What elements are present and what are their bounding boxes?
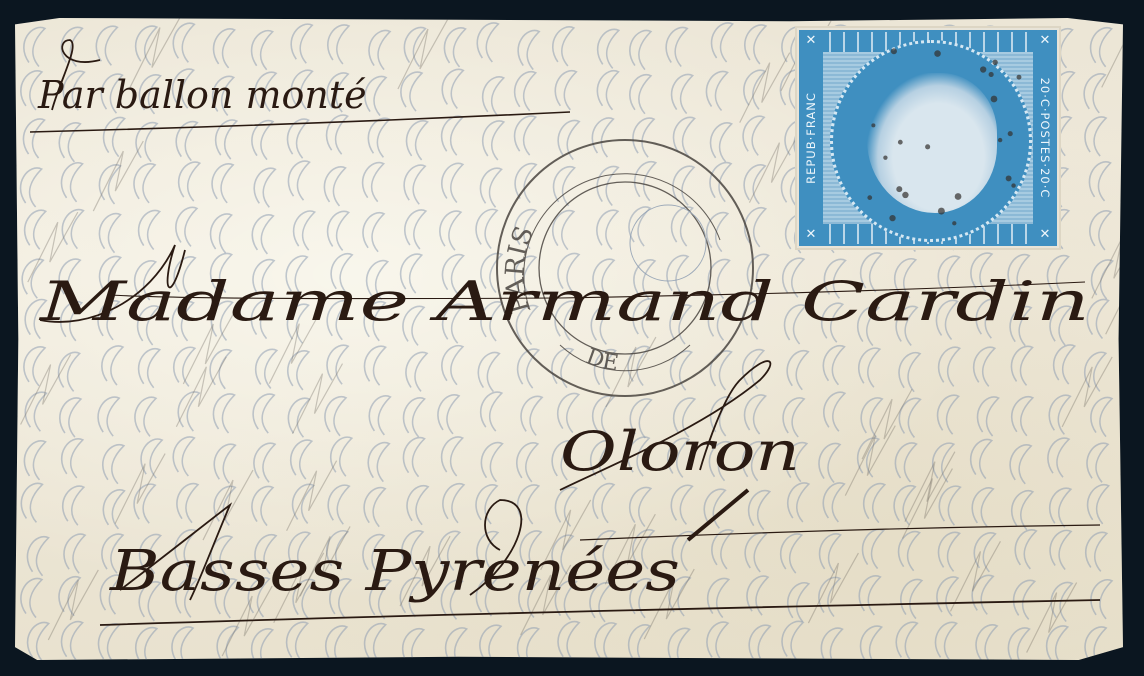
postage-stamp: REPUB·FRANC 20·C·POSTES·20·C ✕ ✕ ✕ ✕ [797, 28, 1059, 248]
address-line-2: Oloron [560, 420, 800, 483]
svg-text:DE: DE [583, 344, 621, 376]
address-line-3: Basses Pyrenées [109, 539, 680, 604]
postmark-bottom-text: DE [583, 344, 621, 376]
cancellation-dots [799, 30, 1057, 246]
postmark: PARIS DE [497, 140, 753, 396]
address-line-1: Madame Armand Cardin [38, 270, 1090, 333]
endorsement-text: Par ballon monté [37, 73, 367, 117]
